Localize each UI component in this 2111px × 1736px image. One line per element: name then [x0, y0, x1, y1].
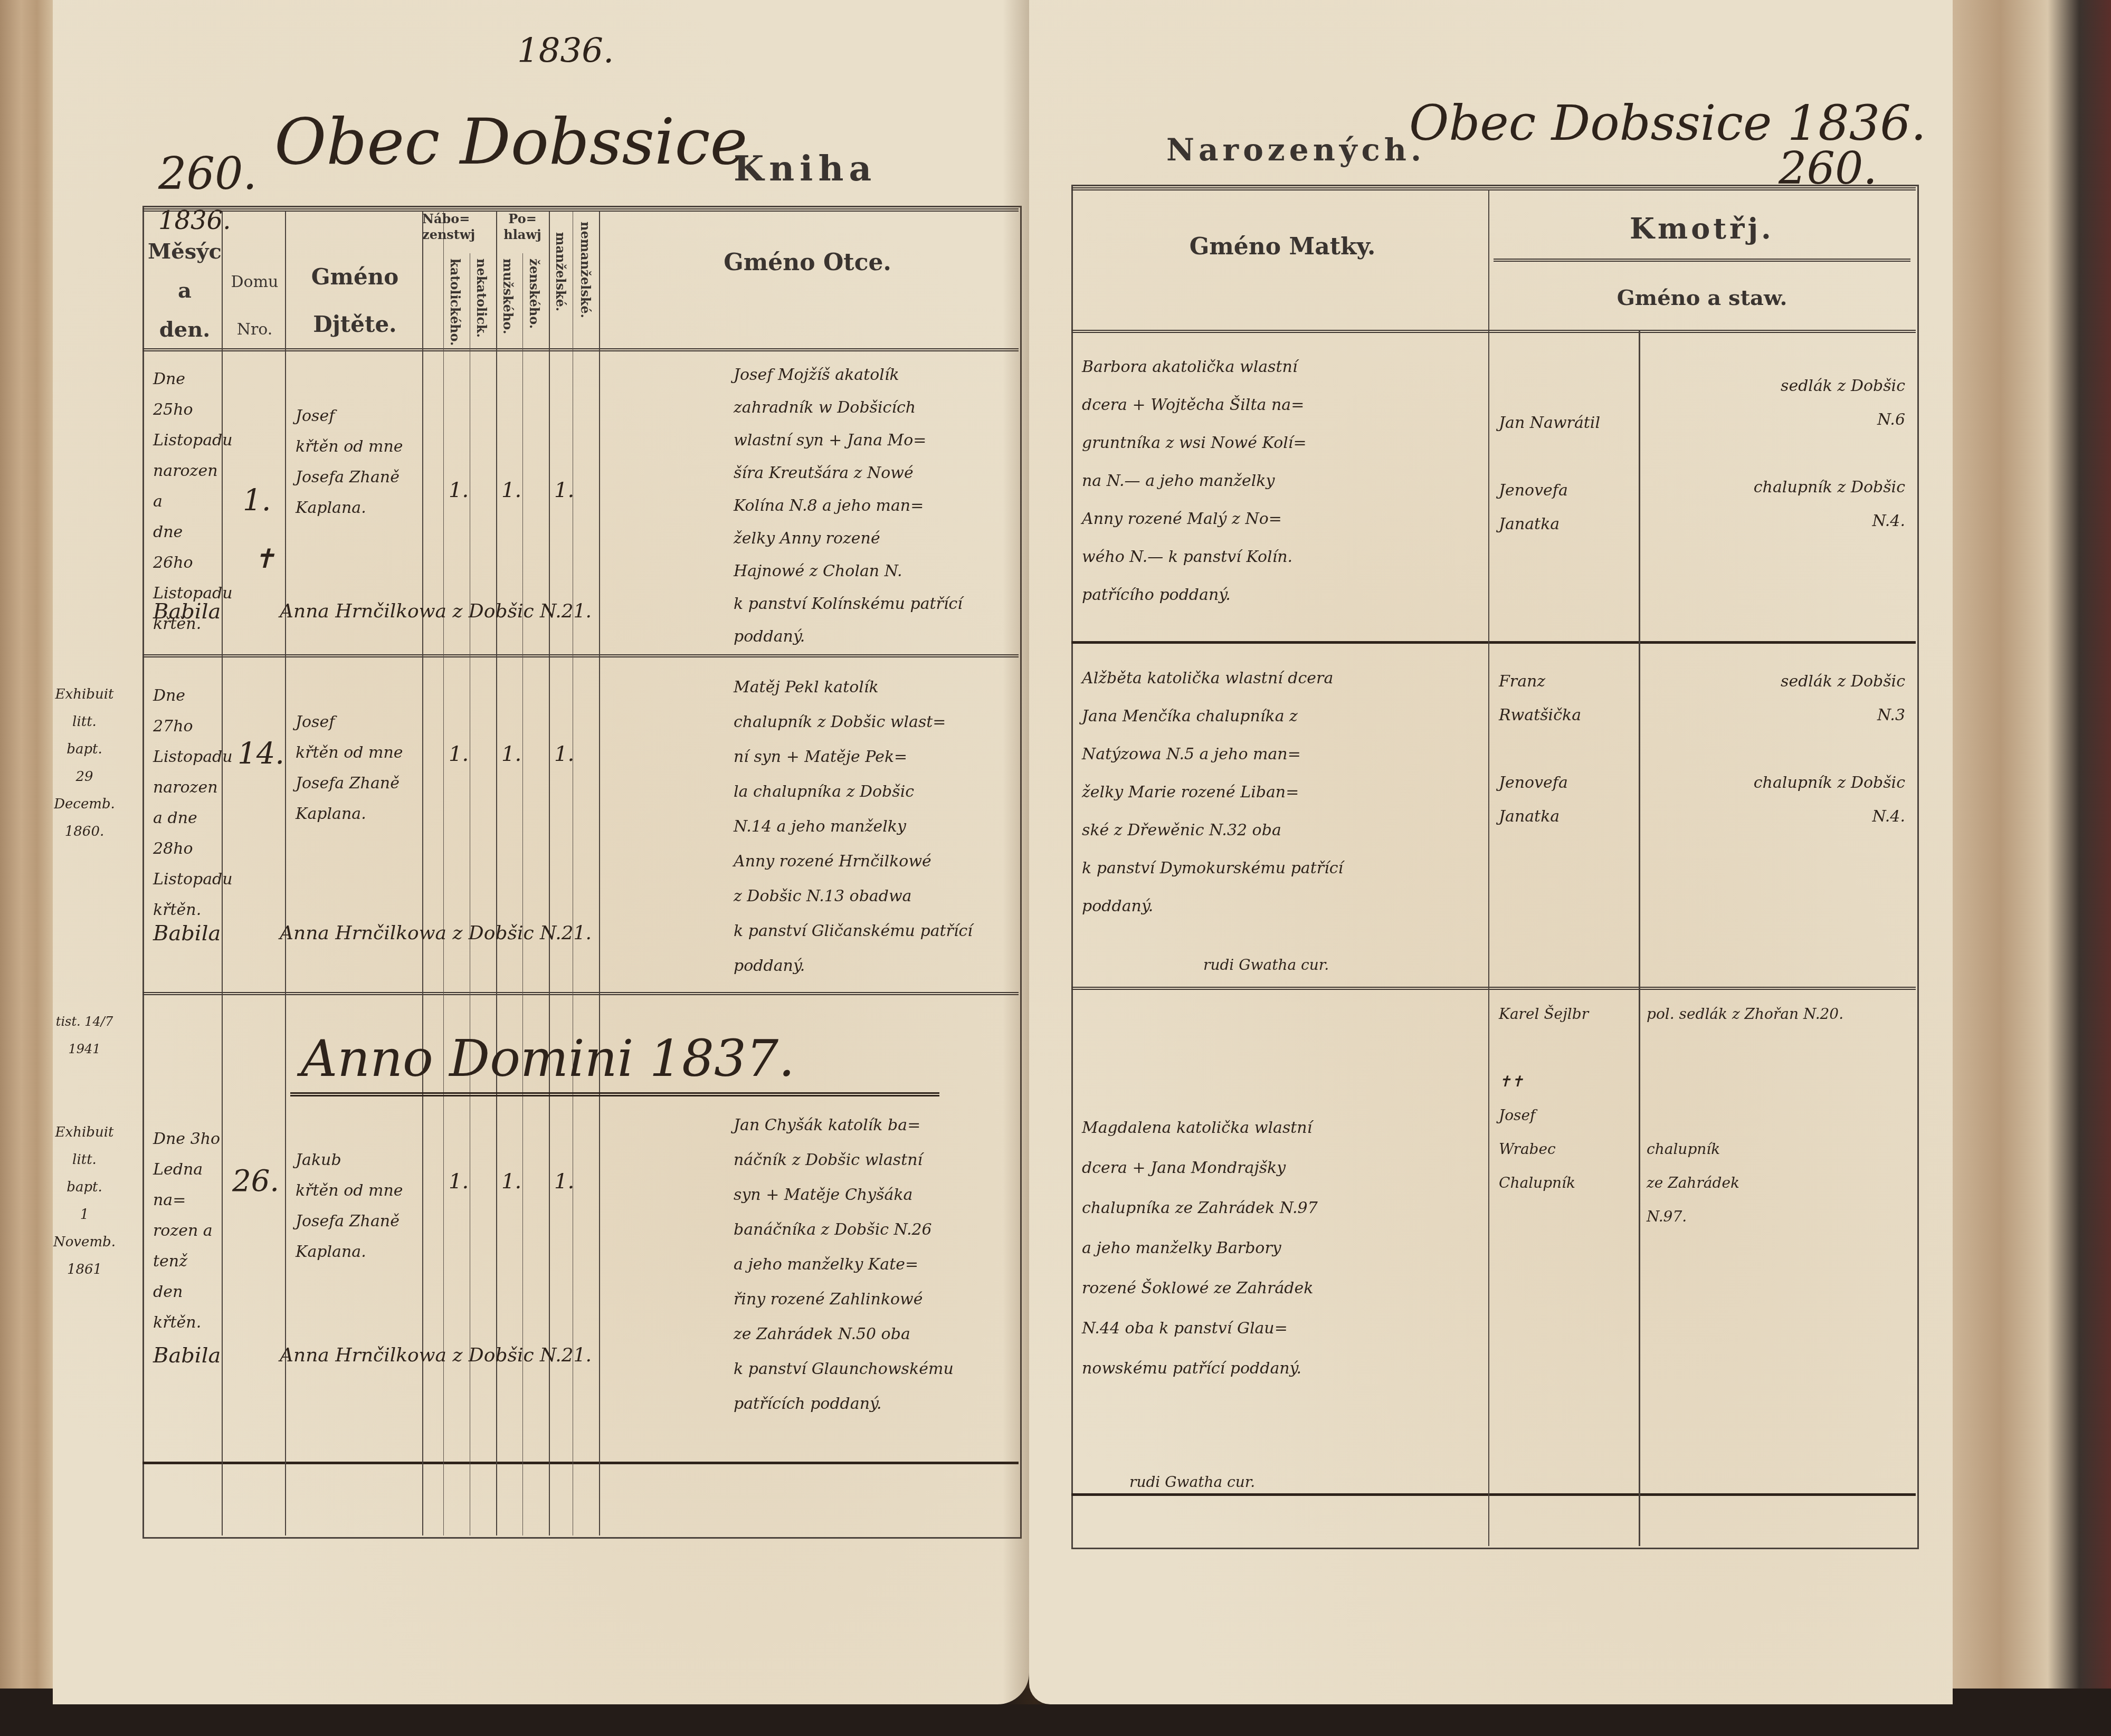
- anno-domini-heading: Anno Domini 1837.: [301, 1029, 795, 1088]
- entry-3-godparent-status: pol. sedlák z Zhořan N.20. chalupník ze …: [1647, 997, 1910, 1234]
- entry-2-margin-note: Exhibuit litt. bapt. 29 Decemb. 1860.: [53, 681, 116, 845]
- entry-1-child: Josef křtěn od mne Josefa Zhaně Kaplana.: [296, 401, 422, 523]
- entry-3-midwife-name: Anna Hrnčilkowa z Dobšic N.21.: [280, 1340, 596, 1371]
- col-sep: [599, 211, 600, 1535]
- entry-1-mark-2: 1.: [501, 475, 521, 505]
- entry-1-godparent-names: Jan Nawrátil Jenovefa Janatka: [1499, 406, 1636, 541]
- year-note: 1836.: [517, 32, 614, 71]
- book-edge-right: [1953, 0, 2111, 1736]
- entry-2-midwife-label: Babila: [153, 918, 221, 949]
- header-godparents: Kmotřj.: [1494, 211, 1910, 247]
- entry-1-death-mark: ✝: [253, 543, 275, 574]
- header-child-name: Gméno Djtěte.: [288, 253, 422, 348]
- header-godparents-sub: Gméno a staw.: [1494, 285, 1910, 311]
- municipality-title: Obec Dobssice: [274, 106, 748, 179]
- anno-domini-underline: [290, 1092, 939, 1096]
- book-title-right: Narozených.: [1166, 132, 1425, 168]
- col-sep: [549, 211, 550, 1535]
- entry-3-mother: Magdalena katolička wlastní dcera + Jana…: [1082, 1108, 1483, 1389]
- entry-2-mark-1: 1.: [449, 739, 469, 769]
- left-page: 1836. 260. Obec Dobssice Kniha 1836. Měs…: [53, 0, 1029, 1704]
- entry-3-signature: rudi Gwatha cur.: [1129, 1467, 1255, 1497]
- entry-2-mark-3: 1.: [554, 739, 574, 769]
- col-sep: [443, 211, 444, 1535]
- header-legitimate: manželské.: [553, 232, 568, 311]
- entry-1-midwife-name: Anna Hrnčilkowa z Dobšic N.21.: [280, 596, 596, 627]
- col-sep: [422, 211, 423, 1535]
- entry-2-mother: Alžběta katolička wlastní dcera Jana Men…: [1082, 660, 1483, 926]
- header-top-rule: [142, 208, 1019, 212]
- entry-rule-2: [142, 992, 1019, 995]
- entry-2-godparent-status: sedlák z Dobšic N.3 chalupník z Dobšic N…: [1652, 665, 1905, 834]
- header-religion-noncatholic: nekatolick.: [474, 259, 489, 338]
- entry-3-father: Jan Chyšák katolík ba= náčník z Dobšic w…: [734, 1108, 1008, 1422]
- entry-rule-r2: [1071, 987, 1916, 990]
- entry-rule-3: [142, 1462, 1019, 1464]
- entry-3-midwife-label: Babila: [153, 1340, 221, 1371]
- entry-1-midwife-label: Babila: [153, 596, 221, 627]
- entry-2-midwife-name: Anna Hrnčilkowa z Dobšic N.21.: [280, 918, 596, 949]
- entry-1-godparent-status: sedlák z Dobšic N.6 chalupník z Dobšic N…: [1652, 369, 1905, 538]
- header-father-name: Gméno Otce.: [602, 248, 1013, 277]
- col-sep: [573, 211, 573, 1535]
- entry-2-mark-2: 1.: [501, 739, 521, 769]
- book-edge-left: [0, 0, 53, 1736]
- col-sep-right: [1639, 330, 1640, 1546]
- entry-1-mother: Barbora akatolička wlastní dcera + Wojtě…: [1082, 348, 1483, 614]
- entry-2-house-no: 14.: [237, 739, 284, 769]
- header-top-rule-right: [1071, 187, 1916, 190]
- entry-2-father: Matěj Pekl katolík chalupník z Dobšic wl…: [734, 670, 1008, 984]
- entry-1-father: Josef Mojžíš akatolík zahradník w Dobšic…: [734, 359, 1008, 653]
- entry-rule-1: [142, 654, 1019, 657]
- entry-2-signature: rudi Gwatha cur.: [1203, 950, 1329, 980]
- right-page: Narozených. Obec Dobssice 1836. 260. Gmé…: [1029, 0, 1953, 1704]
- entry-3-mark-2: 1.: [501, 1166, 521, 1197]
- header-house: Domu Nro.: [224, 259, 285, 354]
- header-religion: Nábo= zenstwj: [422, 211, 470, 243]
- header-sex-male: mužského.: [500, 259, 516, 334]
- col-sep-right: [1488, 190, 1489, 1546]
- entry-3-date: Dne 3ho Ledna na= rozen a tenž den křtěn…: [153, 1124, 222, 1338]
- entry-2-child: Josef křtěn od mne Josefa Zhaně Kaplana.: [296, 707, 422, 829]
- entry-2-godparent-names: Franz Rwatšička Jenovefa Janatka: [1499, 665, 1636, 834]
- col-sep: [285, 211, 286, 1535]
- header-mother-name: Gméno Matky.: [1077, 232, 1488, 261]
- entry-3-mark-3: 1.: [554, 1166, 574, 1197]
- entry-3-mark-1: 1.: [449, 1166, 469, 1197]
- godparents-sub-rule: [1494, 259, 1910, 262]
- entry-3-margin-note: Exhibuit litt. bapt. 1 Novemb. 1861: [53, 1119, 116, 1283]
- entry-1-house-no: 1.: [243, 485, 271, 516]
- header-sex: Po= hlawj: [496, 211, 549, 243]
- entry-3-godparent-names: Karel Šejlbr ✝✝ Josef Wrabec Chalupník: [1499, 997, 1636, 1200]
- header-religion-catholic: katolického.: [448, 259, 463, 346]
- entry-3-child: Jakub křtěn od mne Josefa Zhaně Kaplana.: [296, 1145, 422, 1267]
- col-sep: [496, 211, 497, 1535]
- page-number: 260.: [158, 148, 257, 199]
- entry-rule-r1: [1071, 641, 1916, 644]
- margin-note-1941: tist. 14/7 1941: [53, 1008, 116, 1063]
- entry-1-mark-3: 1.: [554, 475, 574, 505]
- header-illegitimate: nemanželské.: [578, 222, 593, 318]
- header-sex-female: ženského.: [527, 259, 542, 329]
- entry-1-mark-1: 1.: [449, 475, 469, 505]
- book-title: Kniha: [734, 148, 877, 189]
- table-year-note: 1836.: [158, 206, 231, 235]
- entry-3-house-no: 26.: [232, 1166, 279, 1197]
- header-bottom-rule-right: [1071, 330, 1916, 333]
- entry-2-date: Dne 27ho Listopadu narozen a dne 28ho Li…: [153, 681, 222, 926]
- header-month-day: Měsýc a den.: [148, 232, 222, 349]
